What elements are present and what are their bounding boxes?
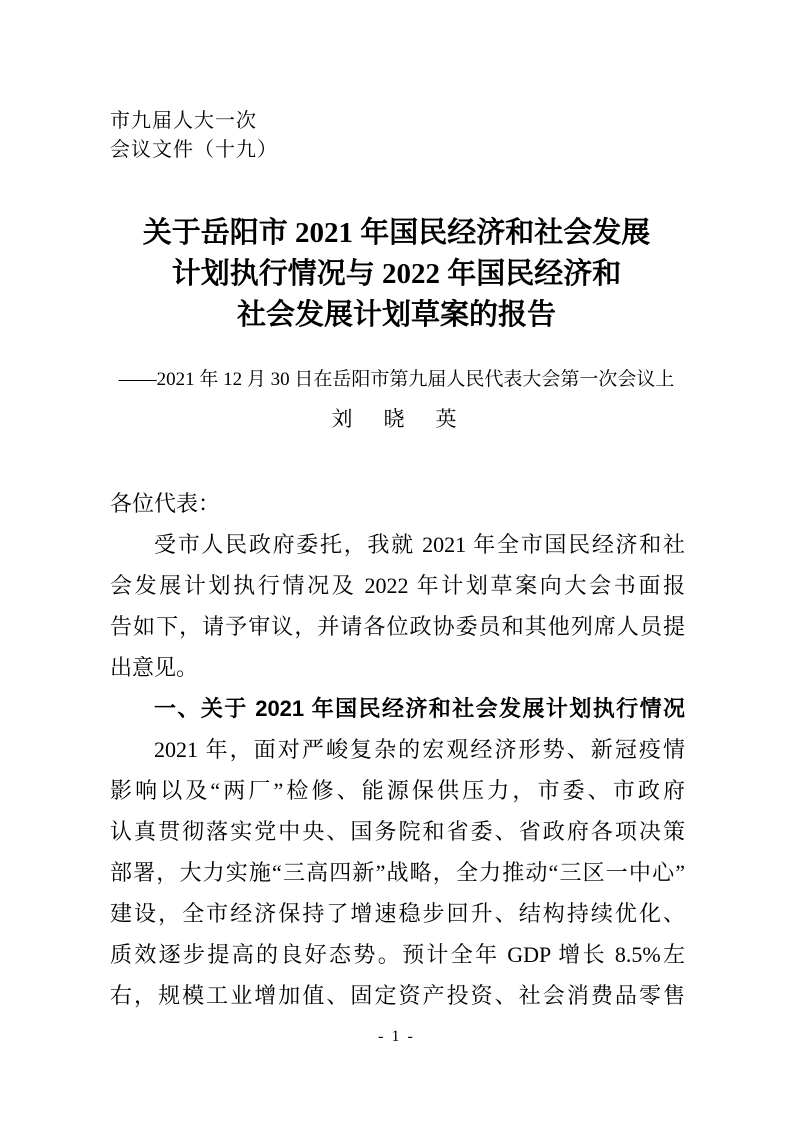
paragraph-line: 2021 年，面对严峻复杂的宏观经济形势、新冠疫情: [110, 729, 685, 770]
page-number: - 1 -: [0, 1028, 793, 1046]
title-line2: 计划执行情况与 2022 年国民经济和: [0, 254, 793, 295]
paragraph-line: 出意见。: [110, 647, 685, 688]
paragraph-line: 受市人民政府委托，我就 2021 年全市国民经济和社: [110, 524, 685, 565]
paragraph-line: 告如下，请予审议，并请各位政协委员和其他列席人员提: [110, 606, 685, 647]
title-line3: 社会发展计划草案的报告: [0, 295, 793, 336]
paragraph-line: 部署，大力实施“三高四新”战略，全力推动“三区一中心”: [110, 852, 685, 893]
document-page: 市九届人大一次 会议文件（十九） 关于岳阳市 2021 年国民经济和社会发展 计…: [0, 0, 793, 1122]
paragraph-line: 质效逐步提高的良好态势。预计全年 GDP 增长 8.5%左: [110, 934, 685, 975]
doc-header-line1: 市九届人大一次: [110, 107, 278, 136]
paragraph-line: 影响以及“两厂”检修、能源保供压力，市委、市政府: [110, 770, 685, 811]
author-name: 刘 晓 英: [0, 406, 793, 434]
title-line1: 关于岳阳市 2021 年国民经济和社会发展: [0, 213, 793, 254]
paragraph-line: 会发展计划执行情况及 2022 年计划草案向大会书面报: [110, 565, 685, 606]
paragraph-line: 右，规模工业增加值、固定资产投资、社会消费品零售: [110, 975, 685, 1016]
paragraph-line: 认真贯彻落实党中央、国务院和省委、省政府各项决策: [110, 811, 685, 852]
doc-header: 市九届人大一次 会议文件（十九）: [110, 107, 278, 165]
doc-header-line2: 会议文件（十九）: [110, 136, 278, 165]
paragraph-line: 建设，全市经济保持了增速稳步回升、结构持续优化、: [110, 893, 685, 934]
section-heading: 一、关于 2021 年国民经济和社会发展计划执行情况: [110, 688, 685, 729]
salutation-line: 各位代表：: [110, 483, 685, 524]
document-title: 关于岳阳市 2021 年国民经济和社会发展 计划执行情况与 2022 年国民经济…: [0, 213, 793, 336]
meeting-subtitle: ——2021 年 12 月 30 日在岳阳市第九届人民代表大会第一次会议上: [0, 368, 793, 392]
document-body: 各位代表： 受市人民政府委托，我就 2021 年全市国民经济和社 会发展计划执行…: [110, 483, 685, 1016]
